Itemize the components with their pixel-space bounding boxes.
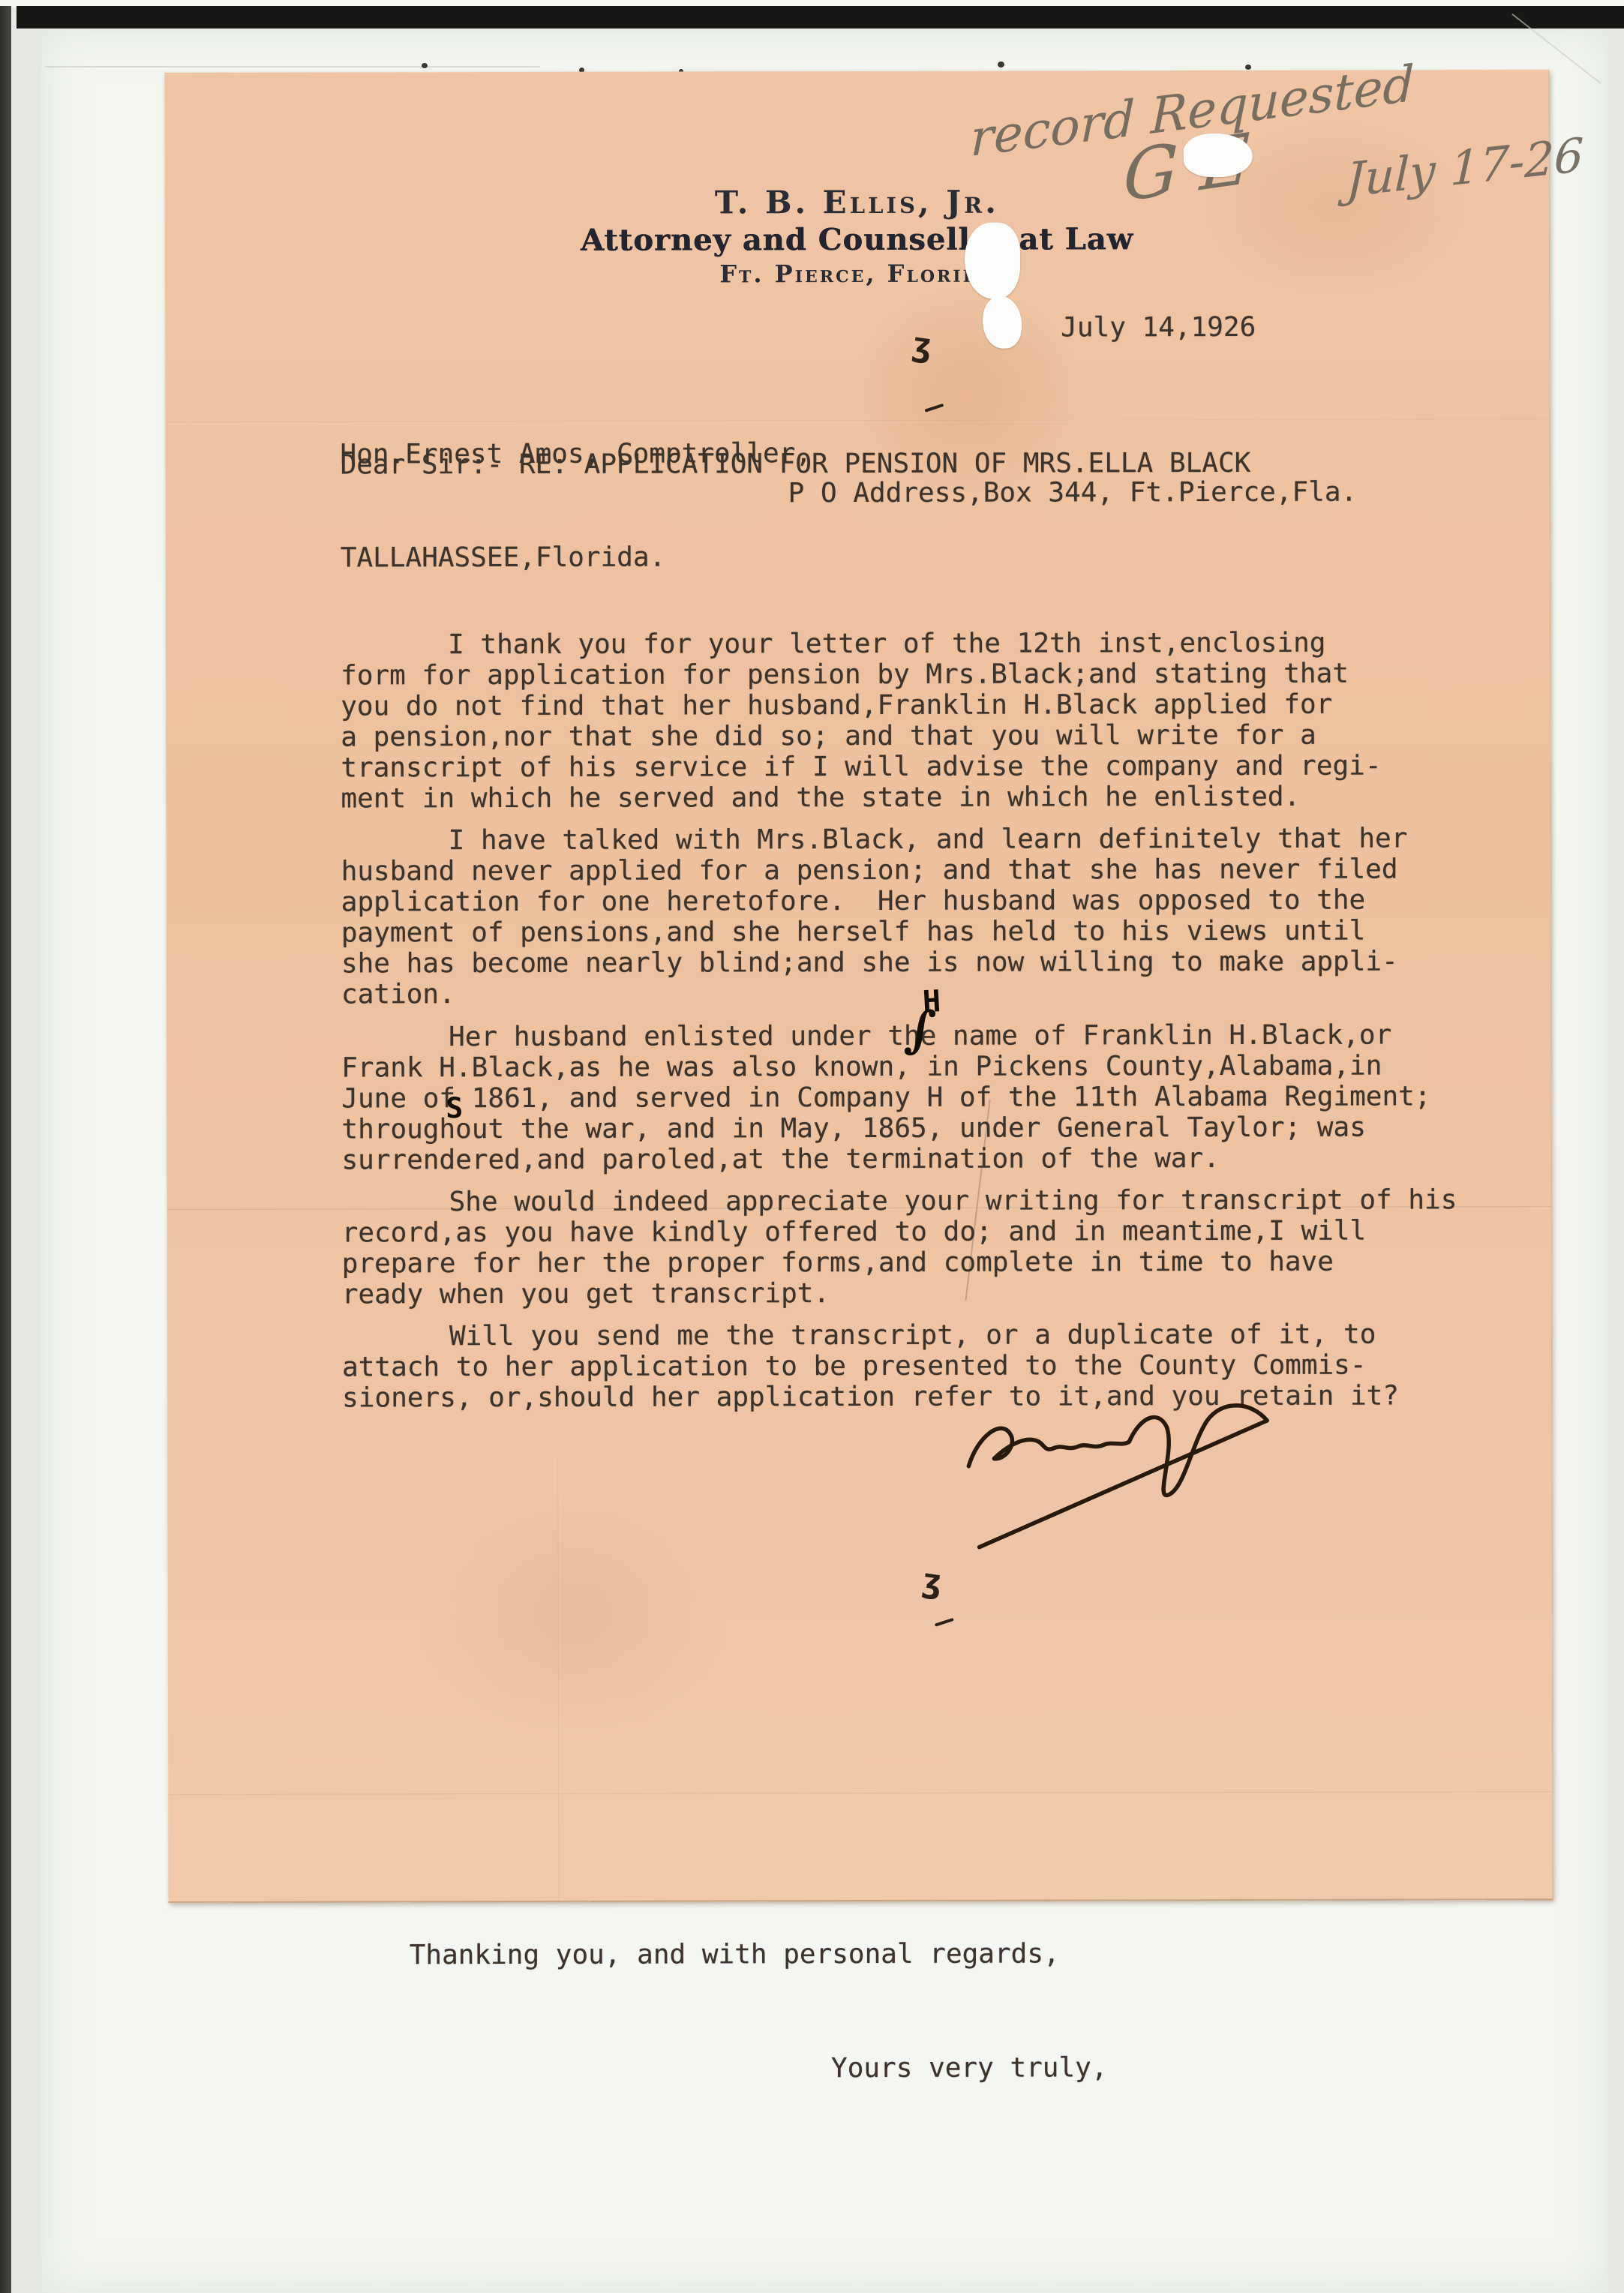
ink-blot: ʒ <box>910 325 935 365</box>
typed-line: a pension,nor that she did so; and that … <box>341 719 1556 752</box>
typed-line: I thank you for your letter of the 12th … <box>341 627 1556 660</box>
subject-address: P O Address,Box 344, Ft.Pierce,Fla. <box>788 477 1358 509</box>
paragraph: She would indeed appreciate your writing… <box>342 1184 1557 1310</box>
paper-hole <box>1184 134 1253 177</box>
scan-edge-bar <box>17 6 1624 29</box>
ink-blot-dash <box>935 1618 954 1627</box>
paragraph: I thank you for your letter of the 12th … <box>341 627 1556 814</box>
ink-overstrike-she: S <box>446 1091 463 1124</box>
typed-line: throughout the war, and in May, 1865, un… <box>341 1112 1556 1145</box>
letterhead-name: T. B. Ellis, Jr. <box>165 182 1549 223</box>
typed-line: prepare for her the proper forms,and com… <box>342 1246 1557 1279</box>
ink-blot-dash <box>924 404 944 413</box>
paper-hole <box>965 223 1020 299</box>
ink-overstrike-year: ∫ <box>902 998 938 1061</box>
paper-hole <box>983 296 1022 349</box>
letter-date: July 14,1926 <box>1061 312 1256 344</box>
typed-line: Her husband enlisted under the name of F… <box>341 1019 1556 1052</box>
fold-crease <box>168 1791 1552 1796</box>
typed-line: husband never applied for a pension; and… <box>341 854 1556 887</box>
letterhead: T. B. Ellis, Jr. Attorney and Counsellor… <box>165 182 1549 290</box>
typed-line: transcript of his service if I will advi… <box>341 750 1556 783</box>
letterhead-location: Ft. Pierce, Florida <box>165 257 1549 290</box>
paper-stain <box>415 1489 731 1745</box>
typed-line: record,as you have kindly offered to do;… <box>342 1215 1557 1248</box>
typed-line: Frank H.Black,as he was also known, in P… <box>341 1050 1556 1083</box>
dust-speck <box>1245 65 1251 70</box>
typed-line: you do not find that her husband,Frankli… <box>341 689 1556 722</box>
typed-line: cation. <box>341 977 1556 1010</box>
letter-body: I thank you for your letter of the 12th … <box>341 535 1557 1413</box>
scan-edge-strip <box>0 6 11 2293</box>
dust-speck <box>422 63 428 68</box>
typed-line: I have talked with Mrs.Black, and learn … <box>341 823 1556 856</box>
salutation-subject: Dear Sir:- RE: APPLICATION FOR PENSION O… <box>340 448 1250 481</box>
dust-speck <box>998 62 1004 68</box>
typed-line: ready when you get transcript. <box>342 1277 1557 1310</box>
typed-line: surrendered,and paroled,at the terminati… <box>341 1142 1556 1175</box>
paragraph: Her husband enlisted under the name of F… <box>341 1019 1556 1175</box>
typed-line: June of 1861, and served in Company H of… <box>341 1081 1556 1114</box>
letterhead-title: Attorney and Counsellor at Law <box>165 220 1549 260</box>
backing-sheet-edge-line <box>45 66 540 68</box>
letter-paper: T. B. Ellis, Jr. Attorney and Counsellor… <box>164 70 1553 1903</box>
fold-crease-vertical <box>557 1460 560 1901</box>
typed-line: payment of pensions,and she herself has … <box>341 915 1556 948</box>
typed-line: application for one heretofore. Her husb… <box>341 884 1556 917</box>
signature-scrawl <box>932 1346 1293 1571</box>
paragraph: I have talked with Mrs.Black, and learn … <box>341 823 1557 1010</box>
typed-line: ment in which he served and the state in… <box>341 781 1556 814</box>
typed-line: she has become nearly blind;and she is n… <box>341 946 1556 979</box>
scanned-letter-page: T. B. Ellis, Jr. Attorney and Counsellor… <box>0 0 1624 2293</box>
typed-line: form for application for pension by Mrs.… <box>341 658 1556 691</box>
typed-line: She would indeed appreciate your writing… <box>342 1184 1557 1217</box>
